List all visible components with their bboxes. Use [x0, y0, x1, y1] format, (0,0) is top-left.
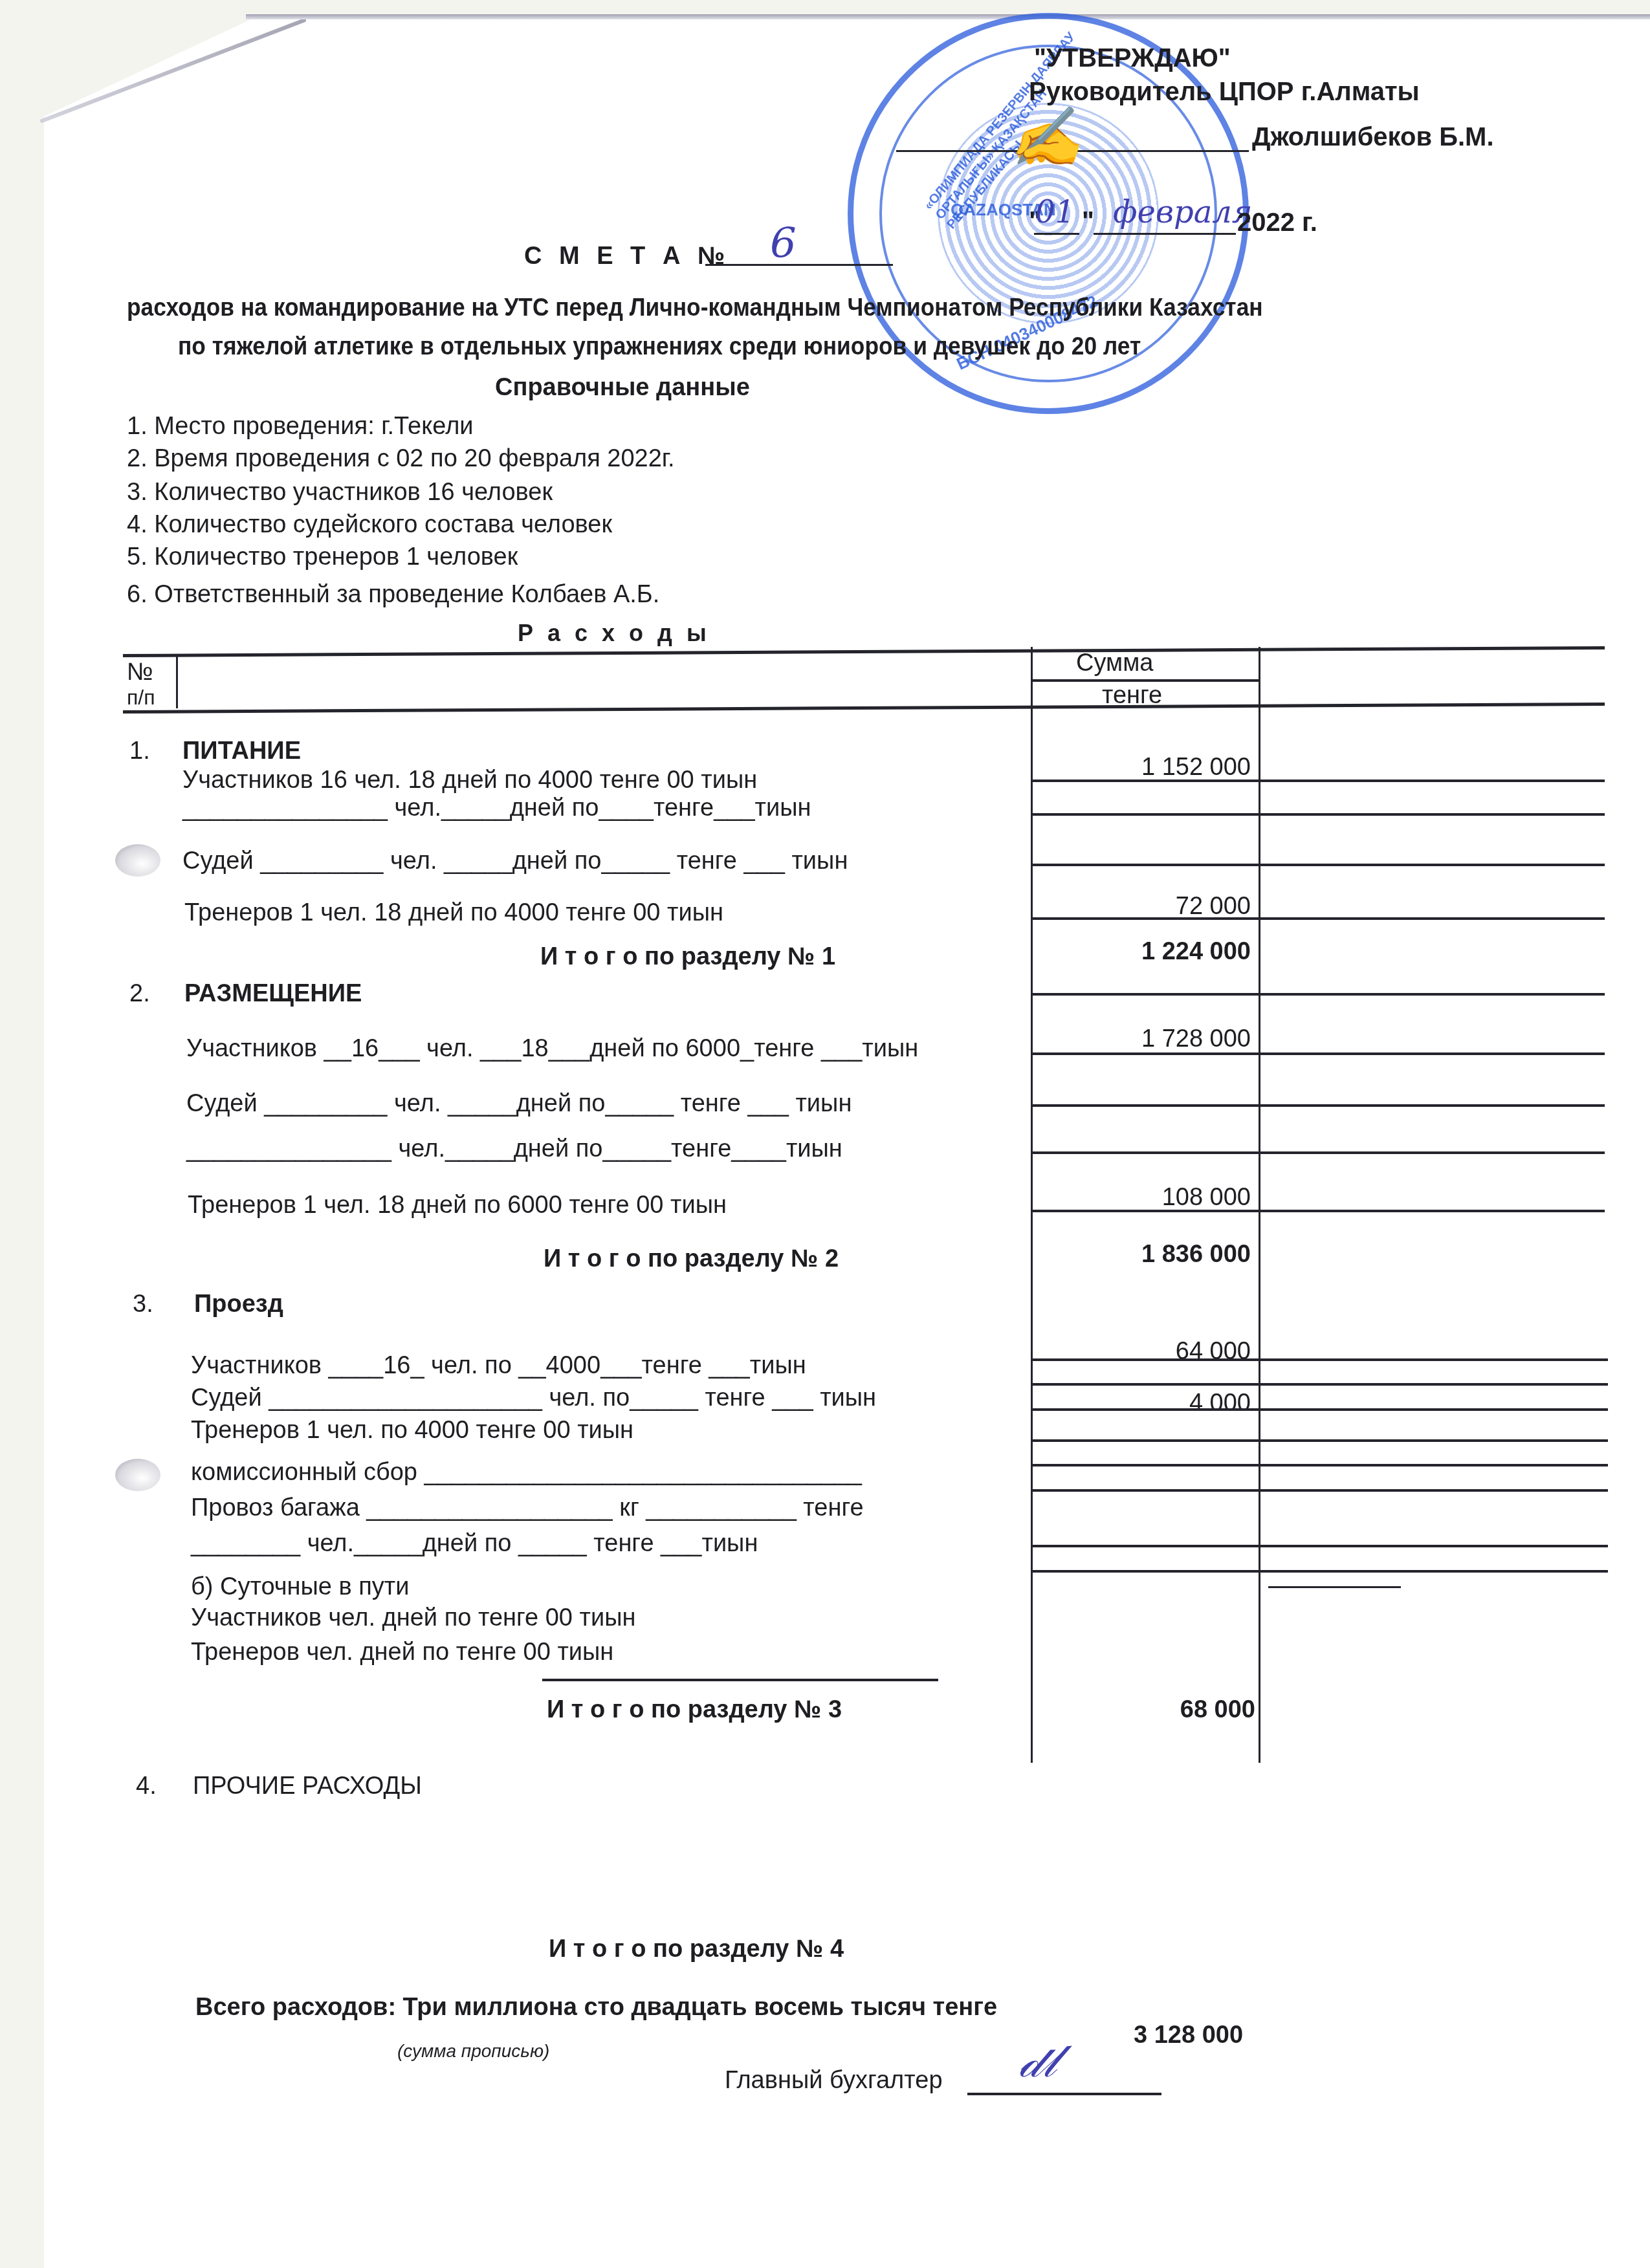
reference-heading: Справочные данные [495, 374, 750, 402]
row-line [1032, 1383, 1608, 1386]
reference-item: 1. Место проведения: г.Текели [127, 413, 474, 441]
date-close-quote: " [1082, 207, 1094, 236]
approval-position: Руководитель ЦПОР г.Алматы [1029, 78, 1420, 107]
row-line [1032, 1489, 1608, 1492]
amount-in-words-caption: (сумма прописью) [397, 2041, 549, 2062]
document-number: 6 [770, 220, 797, 268]
expense-line: Тренеров 1 чел. по 4000 тенге 00 тиын [191, 1417, 633, 1445]
date-day: 01 [1035, 194, 1075, 230]
row-line [1032, 1570, 1608, 1573]
col-currency-header: тенге [1102, 682, 1162, 710]
row-line [1032, 1545, 1608, 1547]
row-line [1032, 993, 1605, 996]
expenses-heading: Р а с х о д ы [518, 620, 710, 647]
expense-line: _______________ чел._____дней по_____тен… [186, 1135, 842, 1163]
row-line [1032, 864, 1605, 866]
date-day-line [1034, 233, 1079, 235]
section-total-label: И т о г о по разделу № 4 [549, 1935, 844, 1963]
col-no-header-sub: п/п [127, 686, 155, 710]
expense-line: Участников 16 чел. 18 дней по 4000 тенге… [182, 767, 757, 794]
total-expenses-label: Всего расходов: Три миллиона сто двадцат… [195, 1994, 997, 2022]
expense-line: ________ чел._____дней по _____ тенге __… [191, 1530, 758, 1558]
section-number: 4. [136, 1772, 157, 1800]
reference-item: 4. Количество судейского состава человек [127, 511, 612, 539]
document-number-line [705, 264, 893, 266]
row-line [1032, 1052, 1605, 1055]
expense-line: Тренеров чел. дней по тенге 00 тиын [191, 1639, 613, 1666]
grand-total: 3 128 000 [1134, 2022, 1243, 2049]
document-subtitle-1: расходов на командирование на УТС перед … [127, 294, 1348, 322]
row-line [1032, 1439, 1608, 1442]
accountant-signature-line [967, 2093, 1161, 2095]
section-number: 3. [133, 1291, 153, 1318]
date-month-line [1094, 233, 1236, 235]
approval-name: Джолшибеков Б.М. [1252, 123, 1494, 152]
section-number: 1. [129, 737, 150, 765]
expense-amount: 108 000 [1035, 1184, 1251, 1212]
document-subtitle-2: по тяжелой атлетике в отдельных упражнен… [178, 333, 1213, 361]
expense-line: Судей ____________________ чел. по_____ … [191, 1384, 876, 1412]
document-title: С М Е Т А № [524, 243, 730, 270]
section-number: 2. [129, 980, 150, 1008]
expense-line: Участников чел. дней по тенге 00 тиын [191, 1604, 636, 1632]
section-title: РАЗМЕЩЕНИЕ [184, 980, 362, 1008]
expense-line: Участников __16___ чел. ___18___дней по … [186, 1035, 918, 1063]
row-line [1032, 813, 1605, 816]
row-line [1032, 1151, 1605, 1154]
expense-line: Провоз багажа __________________ кг ____… [191, 1494, 864, 1522]
col-no-header: № [127, 659, 153, 686]
row-line [1032, 1408, 1608, 1411]
row-line [1032, 780, 1605, 782]
expense-line: б) Суточные в пути [191, 1573, 409, 1601]
director-signature: ✍ [1009, 104, 1082, 171]
expense-amount: 1 152 000 [1035, 754, 1251, 781]
expense-amount: 64 000 [1035, 1338, 1251, 1366]
approval-title: "УТВЕРЖДАЮ" [1034, 44, 1231, 73]
expense-amount: 4 000 [1035, 1390, 1251, 1417]
section-total: 68 000 [1035, 1696, 1255, 1724]
date-year: 2022 г. [1237, 208, 1317, 237]
section-total-label: И т о г о по разделу № 2 [544, 1245, 839, 1273]
reference-item: 6. Ответственный за проведение Колбаев А… [127, 581, 659, 609]
date-month: февраля [1113, 194, 1253, 230]
section-total-label: И т о г о по разделу № 1 [540, 943, 835, 971]
section-title: ПИТАНИЕ [182, 737, 301, 765]
row-line [1032, 1210, 1605, 1212]
chief-accountant-label: Главный бухгалтер [725, 2067, 943, 2095]
reference-item: 5. Количество тренеров 1 человек [127, 543, 518, 571]
section-total: 1 224 000 [1035, 938, 1251, 966]
expense-line: Судей _________ чел. _____дней по_____ т… [186, 1090, 852, 1118]
col-divider [176, 657, 178, 708]
expense-line: Тренеров 1 чел. 18 дней по 4000 тенге 00… [184, 899, 723, 927]
row-line [1268, 1586, 1401, 1588]
punch-hole [115, 844, 160, 877]
punch-hole [115, 1459, 160, 1491]
subtotal-line [542, 1679, 938, 1681]
expense-line: комиссионный сбор ______________________… [191, 1459, 862, 1487]
accountant-signature: 𝒹𝓁 [1019, 2034, 1057, 2088]
reference-item: 2. Время проведения с 02 по 20 февраля 2… [127, 445, 675, 473]
expense-line: _______________ чел._____дней по____тенг… [182, 794, 811, 822]
reference-item: 3. Количество участников 16 человек [127, 479, 553, 507]
col-sum-header: Сумма [1076, 649, 1153, 677]
expense-amount: 72 000 [1035, 893, 1251, 921]
section-title: Проезд [194, 1291, 283, 1318]
row-line [1032, 1464, 1608, 1467]
row-line [1032, 1358, 1608, 1361]
expense-amount: 1 728 000 [1035, 1025, 1251, 1053]
expense-line: Тренеров 1 чел. 18 дней по 6000 тенге 00… [188, 1192, 727, 1219]
expense-line: Судей _________ чел. _____дней по_____ т… [182, 847, 848, 875]
row-line [1032, 917, 1605, 920]
section-title: ПРОЧИЕ РАСХОДЫ [193, 1772, 422, 1800]
section-total-label: И т о г о по разделу № 3 [547, 1696, 842, 1724]
expense-line: Участников ____16_ чел. по __4000___тенг… [191, 1352, 806, 1380]
section-total: 1 836 000 [1035, 1241, 1251, 1269]
row-line [1032, 1104, 1605, 1107]
paper-edge [246, 14, 1650, 19]
